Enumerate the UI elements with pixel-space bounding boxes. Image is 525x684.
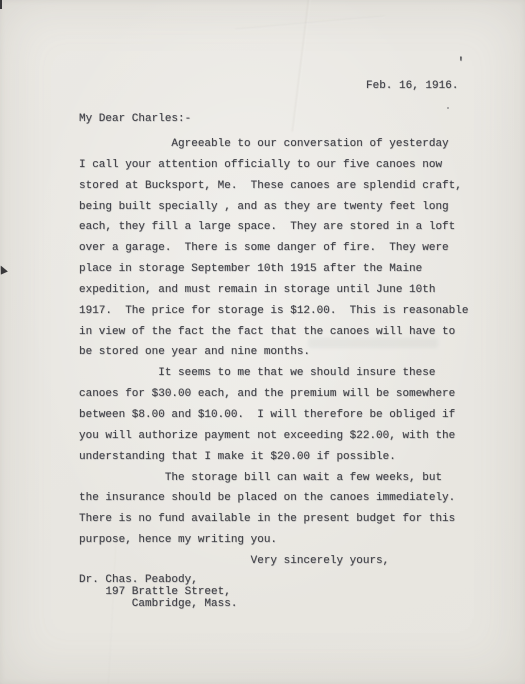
ink-dot-mark bbox=[447, 107, 449, 109]
signature-line: Dr. Chas. Peabody, bbox=[79, 574, 237, 586]
letter-line: the insurance should be placed on the ca… bbox=[79, 488, 468, 509]
signature-block: Dr. Chas. Peabody, 197 Brattle Street, C… bbox=[79, 574, 237, 610]
paper-crease bbox=[291, 0, 311, 132]
signature-line: Cambridge, Mass. bbox=[79, 598, 237, 610]
letter-line: canoes for $30.00 each, and the premium … bbox=[79, 384, 468, 405]
paper-crease bbox=[235, 15, 385, 30]
letter-page: ' Feb. 16, 1916. My Dear Charles:- Agree… bbox=[0, 0, 525, 684]
ink-blot-mark bbox=[0, 0, 2, 9]
letter-line: being built specially , and as they are … bbox=[79, 197, 468, 218]
letter-line: over a garage. There is some danger of f… bbox=[79, 238, 468, 259]
ink-blot-mark bbox=[0, 265, 9, 275]
stray-apostrophe-mark: ' bbox=[457, 55, 465, 70]
letter-date: Feb. 16, 1916. bbox=[366, 80, 458, 92]
signature-line: 197 Brattle Street, bbox=[79, 586, 237, 598]
letter-body: Agreeable to our conversation of yesterd… bbox=[79, 134, 468, 572]
letter-line: understanding that I make it $20.00 if p… bbox=[79, 447, 468, 468]
letter-line: be stored one year and nine months. bbox=[79, 342, 468, 363]
letter-line: 1917. The price for storage is $12.00. T… bbox=[79, 301, 468, 322]
letter-line: I call your attention officially to our … bbox=[79, 155, 468, 176]
letter-line: between $8.00 and $10.00. I will therefo… bbox=[79, 405, 468, 426]
letter-salutation: My Dear Charles:- bbox=[79, 113, 191, 125]
letter-line: in view of the fact the fact that the ca… bbox=[79, 322, 468, 343]
letter-line: purpose, hence my writing you. bbox=[79, 530, 468, 551]
letter-line: expedition, and must remain in storage u… bbox=[79, 280, 468, 301]
letter-line: you will authorize payment not exceeding… bbox=[79, 426, 468, 447]
letter-line: It seems to me that we should insure the… bbox=[79, 363, 468, 384]
letter-line: each, they fill a large space. They are … bbox=[79, 217, 468, 238]
letter-line: Very sincerely yours, bbox=[79, 551, 468, 572]
letter-line: place in storage September 10th 1915 aft… bbox=[79, 259, 468, 280]
letter-line: stored at Bucksport, Me. These canoes ar… bbox=[79, 176, 468, 197]
letter-line: Agreeable to our conversation of yesterd… bbox=[79, 134, 468, 155]
letter-line: The storage bill can wait a few weeks, b… bbox=[79, 468, 468, 489]
letter-line: There is no fund available in the presen… bbox=[79, 509, 468, 530]
